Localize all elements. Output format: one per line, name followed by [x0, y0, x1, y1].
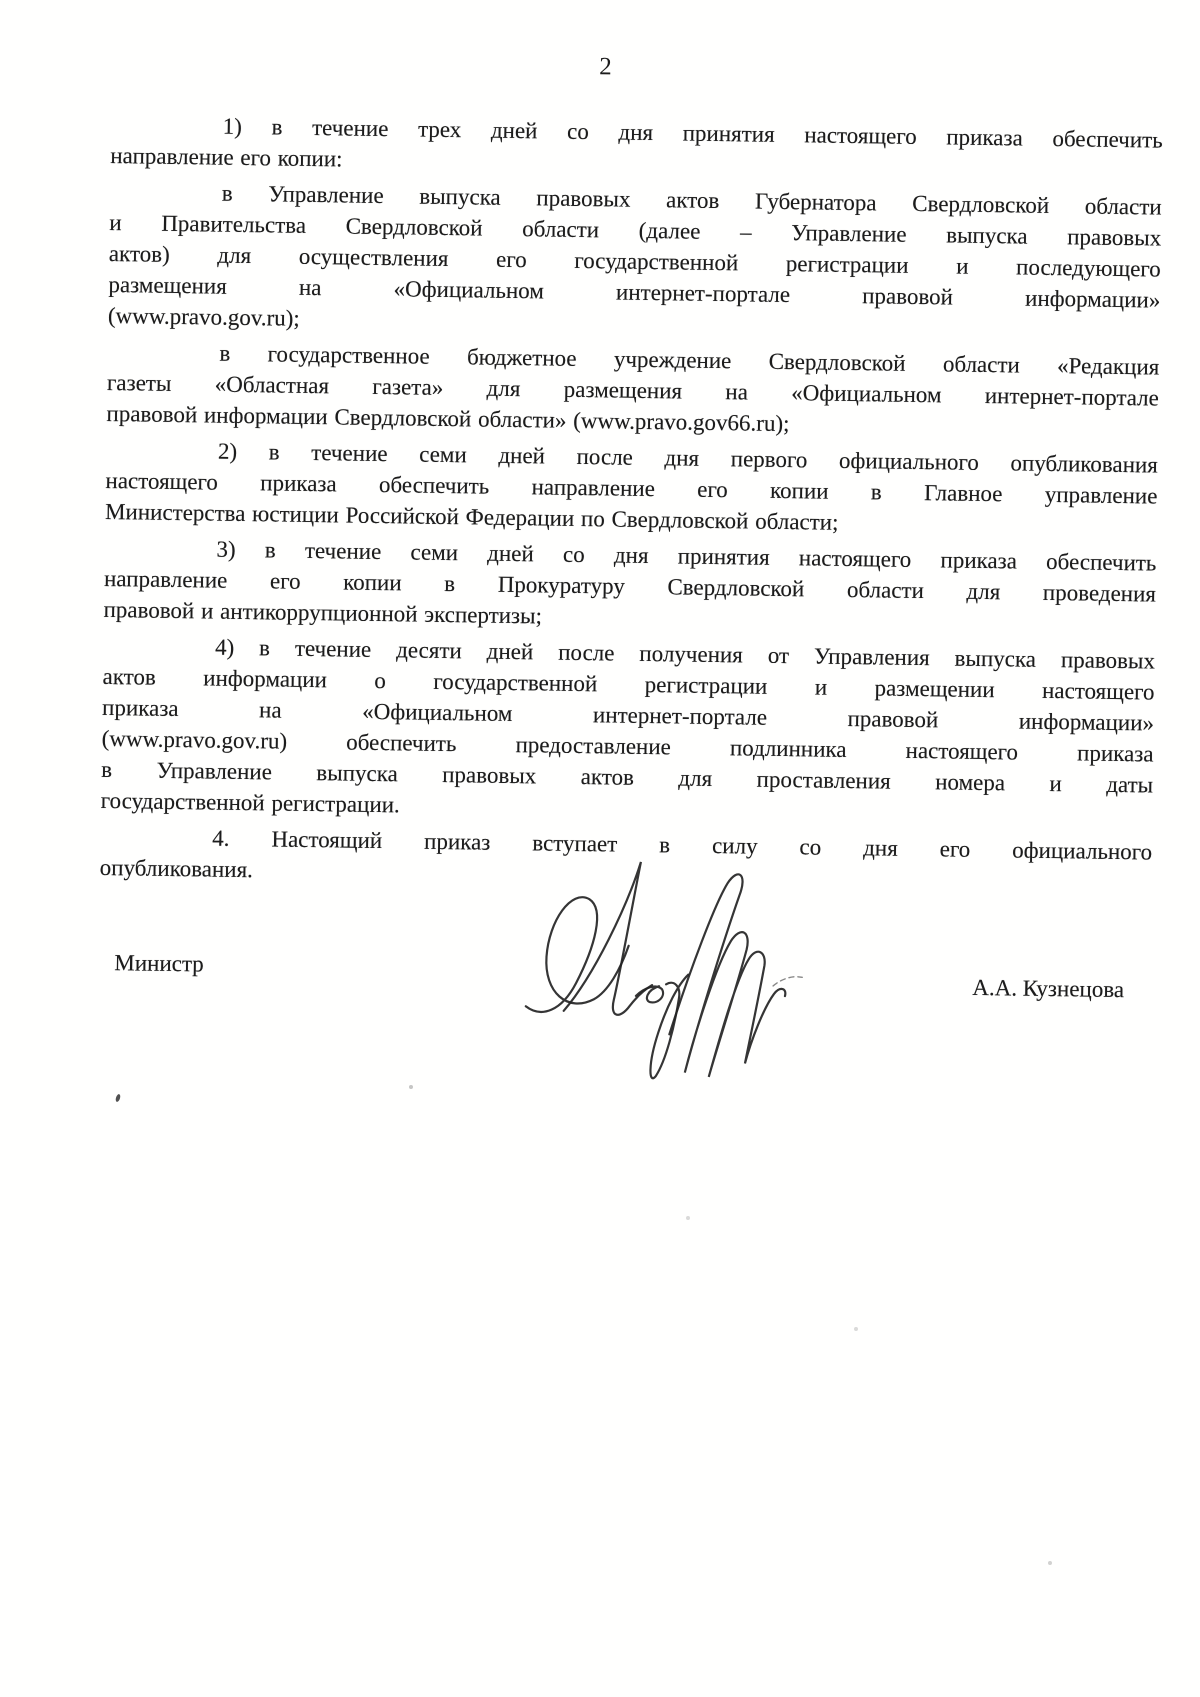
signatory-name: А.А. Кузнецова — [972, 972, 1124, 1005]
paragraph: 4) в течение десяти дней после получения… — [101, 630, 1156, 832]
scan-speck — [854, 1327, 858, 1331]
scan-speck — [115, 1094, 121, 1103]
scan-speck — [1048, 1561, 1052, 1565]
document-page: 2 1) в течение трех дней со дня принятия… — [0, 0, 1200, 1697]
signatory-title: Министр — [114, 947, 204, 979]
scan-speck — [409, 1085, 413, 1089]
scan-speck — [686, 1216, 690, 1220]
document-body: 1) в течение трех дней со дня принятия н… — [100, 109, 1163, 899]
paragraph: 2) в течение семи дней после дня первого… — [105, 434, 1158, 543]
page-content: 2 1) в течение трех дней со дня принятия… — [98, 44, 1164, 1006]
paragraph: в Управление выпуска правовых актов Губе… — [108, 176, 1162, 347]
paragraph: 1) в течение трех дней со дня принятия н… — [110, 109, 1163, 187]
page-number: 2 — [80, 44, 1132, 91]
paragraph: в государственное бюджетное учреждение С… — [106, 336, 1159, 445]
paragraph: 4. Настоящий приказ вступает в силу со д… — [100, 821, 1153, 899]
signature-block: Министр А.А. Кузнецова — [98, 947, 1151, 1006]
paragraph: 3) в течение семи дней со дня принятия н… — [103, 532, 1156, 641]
